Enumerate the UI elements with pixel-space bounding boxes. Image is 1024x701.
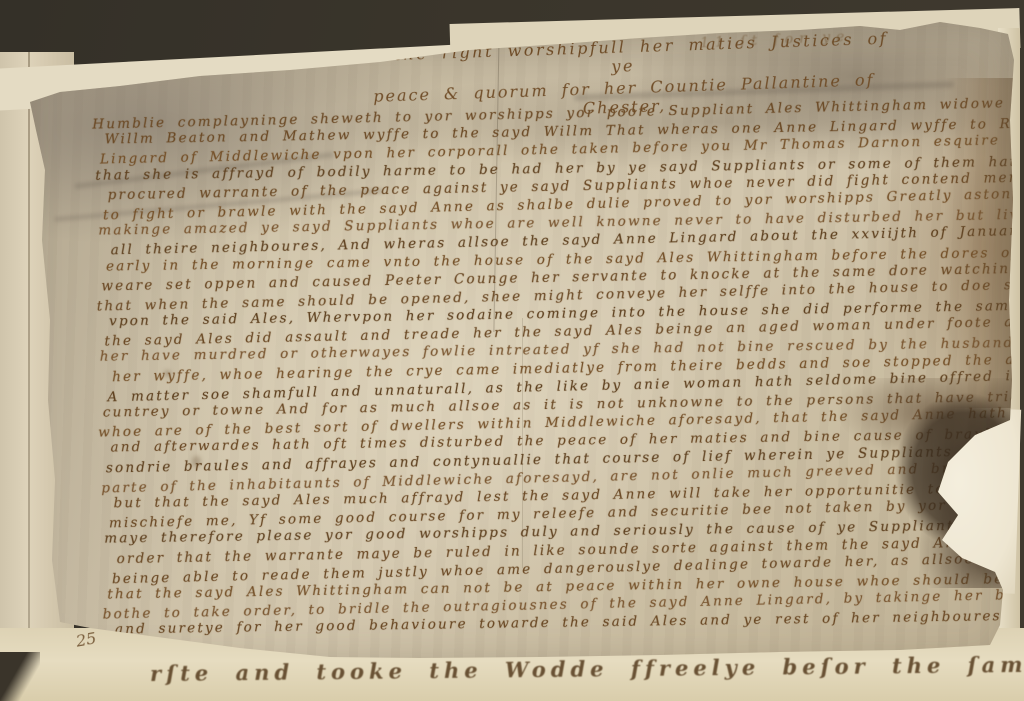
page-edge-line [28,52,30,701]
water-stain [944,78,1016,408]
shadow-corner [0,652,40,701]
manuscript-page: To the right worshipfull her maties Just… [14,18,1016,668]
photo-frame: rſte and tooke the Wodde ffreelye beſor … [0,0,1024,701]
folio-number-ink: 25 [75,628,98,650]
